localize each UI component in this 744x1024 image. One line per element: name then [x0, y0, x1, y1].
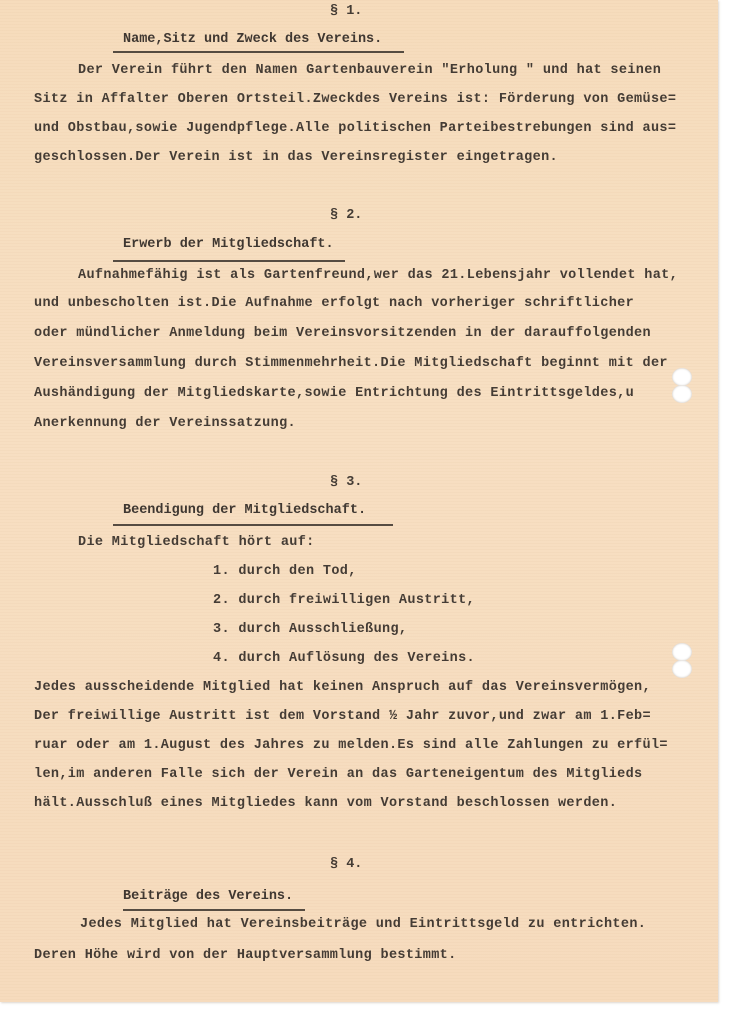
list-item: 4. durch Auflösung des Vereins.: [213, 651, 475, 666]
section-heading: Beiträge des Vereins.: [123, 889, 293, 904]
section-intro: Die Mitgliedschaft hört auf:: [78, 535, 315, 550]
heading-underline: [113, 524, 393, 526]
text-line: Aushändigung der Mitgliedskarte,sowie En…: [34, 386, 634, 401]
text-line: geschlossen.Der Verein ist in das Verein…: [34, 150, 558, 165]
section-number: § 2.: [330, 208, 362, 223]
text-line: hält.Ausschluß eines Mitgliedes kann vom…: [34, 796, 617, 811]
text-line: Der Verein führt den Namen Gartenbauvere…: [78, 63, 661, 78]
section-number: § 1.: [330, 4, 362, 19]
text-line: ruar oder am 1.August des Jahres zu meld…: [34, 738, 668, 753]
punch-hole: [672, 385, 692, 403]
punch-hole: [672, 643, 692, 661]
section-heading: Erwerb der Mitgliedschaft.: [123, 237, 334, 252]
text-line: und Obstbau,sowie Jugendpflege.Alle poli…: [34, 121, 676, 136]
section-heading: Name,Sitz und Zweck des Vereins.: [123, 32, 382, 47]
section-number: § 3.: [330, 475, 362, 490]
section-number: § 4.: [330, 857, 362, 872]
punch-hole: [672, 368, 692, 386]
document-page: § 1. Name,Sitz und Zweck des Vereins. De…: [0, 0, 718, 1002]
list-item: 2. durch freiwilligen Austritt,: [213, 593, 475, 608]
punch-hole: [672, 660, 692, 678]
text-line: Jedes Mitglied hat Vereinsbeiträge und E…: [80, 917, 646, 932]
heading-underline: [113, 51, 404, 53]
text-line: Aufnahmefähig ist als Gartenfreund,wer d…: [78, 268, 678, 283]
text-line: und unbescholten ist.Die Aufnahme erfolg…: [34, 296, 634, 311]
list-item: 3. durch Ausschließung,: [213, 622, 407, 637]
text-line: Sitz in Affalter Oberen Ortsteil.Zweckde…: [34, 92, 676, 107]
text-line: len,im anderen Falle sich der Verein an …: [34, 767, 643, 782]
text-line: Deren Höhe wird von der Hauptversammlung…: [34, 948, 457, 963]
text-line: Jedes ausscheidende Mitglied hat keinen …: [34, 680, 651, 695]
text-line: Anerkennung der Vereinssatzung.: [34, 416, 296, 431]
text-line: Vereinsversammlung durch Stimmenmehrheit…: [34, 356, 668, 371]
heading-underline: [113, 260, 345, 262]
text-line: Der freiwillige Austritt ist dem Vorstan…: [34, 709, 651, 724]
text-line: oder mündlicher Anmeldung beim Vereinsvo…: [34, 326, 651, 341]
section-heading: Beendigung der Mitgliedschaft.: [123, 503, 366, 518]
heading-underline: [123, 909, 305, 911]
list-item: 1. durch den Tod,: [213, 564, 357, 579]
